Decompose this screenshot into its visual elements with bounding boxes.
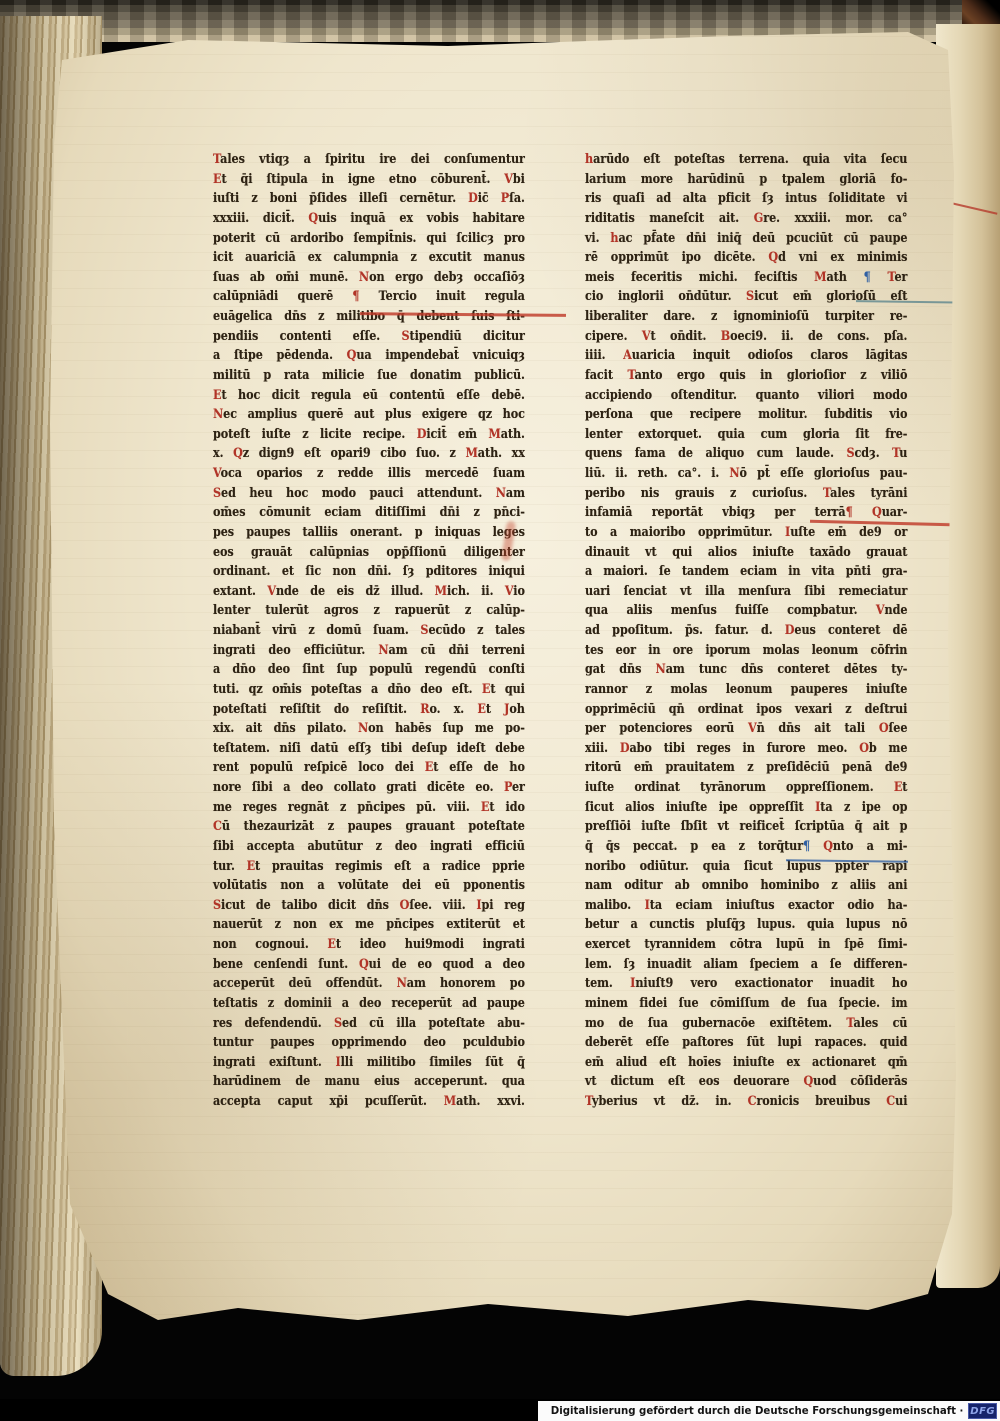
text-line: vi. hac pf̄ate dn̄i iniq̄ deū pcuciūt cū… (585, 229, 907, 249)
text-line: poteſtati reſiſtit do reſiſtit. Ro. x. E… (213, 700, 525, 720)
text-line: Tyberius vt dz̄. in. Cronicis breuibus C… (585, 1092, 907, 1112)
text-line: tur. Et prauitas regimis eſt a radice pp… (213, 857, 525, 877)
text-line: deberēt eſſe paſtores ſūt lupi rapaces. … (585, 1033, 907, 1053)
book-scan: Ani passcol regula sfacta a ſtreadora fi… (0, 0, 1000, 1421)
text-column-left: Tales vtiqȝ a ſpiritu ire dei conſumentu… (213, 150, 525, 1112)
text-line: peribo nis grauis z curioſus. Tales tyrā… (585, 484, 907, 504)
text-line: res defendendū. Sed cū illa poteſtate ab… (213, 1014, 525, 1034)
text-line: ſuas ab om̄i munē. Non ergo debȝ occaſiō… (213, 268, 525, 288)
text-line: tes eor in ore iporum molas leonum cōfri… (585, 641, 907, 661)
text-line: xix. ait dn̄s pilato. Non habēs ſup me p… (213, 719, 525, 739)
text-line: Sicut de talibo dicit dn̄s Oſee. viii. I… (213, 896, 525, 916)
text-line: rē opprimūt ipo dicēte. Qd vni ex minimi… (585, 248, 907, 268)
text-line: non cognoui. Et ideo hui9modi ingrati (213, 935, 525, 955)
text-line: Cū thezaurizāt z paupes grauant poteſtat… (213, 817, 525, 837)
text-line: riditatis maneſcit ait. Gre. xxxiii. mor… (585, 209, 907, 229)
text-line: teſtatis z dominii a deo receperūt ad pa… (213, 994, 525, 1014)
manuscript-page: Tales vtiqȝ a ſpiritu ire dei conſumentu… (28, 24, 960, 1350)
text-line: malibo. Ita eciam iniuſtus exactor odio … (585, 896, 907, 916)
text-line: minem fidei ſue cōmiſſum de ſua ſpecie. … (585, 994, 907, 1014)
text-line: Et hoc dicit regula eū contentū eſſe deb… (213, 386, 525, 406)
text-line: ſicut alios iniuſte ipe oppreſſit Ita z … (585, 798, 907, 818)
text-line: accipiendo oſtenditur. quanto viliori mo… (585, 386, 907, 406)
text-line: iuſti z boni p̄ſides illeſi cernētur. Di… (213, 189, 525, 209)
text-line: tuntur paupes opprimendo deo pculdubio (213, 1033, 525, 1053)
text-line: nore ſibi a deo collato grati dicēte eo.… (213, 778, 525, 798)
text-line: em̄ aliud eſt hoīes iniuſte ex actionare… (585, 1053, 907, 1073)
text-line: preſſiōi iuſte ſbſit vt reificet̄ ſcript… (585, 817, 907, 837)
text-line: extant. Vnde de eis dz̄ illud. Mich. ii.… (213, 582, 525, 602)
text-line: nauerūt z non ex me pn̄cipes extiterūt e… (213, 915, 525, 935)
text-line: dinauit vt qui alios iniuſte taxādo grau… (585, 543, 907, 563)
text-line: Nec amplius querē aut plus exigere qz ho… (213, 405, 525, 425)
dfg-caption: Digitalisierung gefördert durch die Deut… (551, 1405, 964, 1417)
text-line: quens fama de aliquo cum laude. Scdȝ. Tu (585, 444, 907, 464)
text-line: eos grauāt calūpnias opp̄ſſionū diligent… (213, 543, 525, 563)
text-line: nam oditur ab omnibo hominibo z aliis an… (585, 876, 907, 896)
footer-strip: Digitalisierung gefördert durch die Deut… (538, 1401, 1000, 1421)
text-line: niabant̄ virū z domū ſuam. Secūdo z tale… (213, 621, 525, 641)
text-line: a dn̄o deo ſint ſup populū regendū conſt… (213, 660, 525, 680)
text-line: om̄es cōmunit eciam ditiſſimi dn̄i z pn̄… (213, 503, 525, 523)
text-line: vt dictum eſt eos deuorare Quod cōſiderā… (585, 1072, 907, 1092)
text-line: pes paupes talliis onerant. p iniquas le… (213, 523, 525, 543)
text-line: exercet tyrannidem cōtra lupū in ſpē ſim… (585, 935, 907, 955)
text-line: meis feceritis michi. feciſtis Math ¶ Te… (585, 268, 907, 288)
text-line: q̄ q̄s peccat. p ea z torq̄tur¶ Qnto a m… (585, 837, 907, 857)
text-line: cipere. Vt on̄dit. Boeci9. ii. de cons. … (585, 327, 907, 347)
text-line: mo de ſua gubernacōe exiſtētem. Tales cū (585, 1014, 907, 1034)
text-line: harūdinem de manu eius acceperunt. qua (213, 1072, 525, 1092)
scan-footer: Digitalisierung gefördert durch die Deut… (0, 1399, 1000, 1421)
text-line: accepta caput xp̄i pcuſſerūt. Math. xxvi… (213, 1092, 525, 1112)
text-line: uari ſenciat vt illa menſura ſibi remeci… (585, 582, 907, 602)
text-line: Tales vtiqȝ a ſpiritu ire dei conſumentu… (213, 150, 525, 170)
text-line: teſtatem. niſi datū eſſȝ tibi deſup ideſ… (213, 739, 525, 759)
text-line: ingrati exiſtunt. Illi militibo ſimiles … (213, 1053, 525, 1073)
text-line: poteſt iuſte z licite recipe. Dicit̄ em̄… (213, 425, 525, 445)
text-line: tuti. qz om̄is poteſtas a dn̄o deo eſt. … (213, 680, 525, 700)
text-line: perſona que recipere molitur. ſubditis v… (585, 405, 907, 425)
text-line: ritorū em̄ prauitatem z preſidēciū penā … (585, 758, 907, 778)
text-line: cio inglorii on̄dūtur. Sicut em̄ glorioſ… (585, 287, 907, 307)
text-line: lenter tulerūt agros z rapuerūt z calūp- (213, 601, 525, 621)
text-line: ad ppoſitum. p̄s. fatur. d. Deus contere… (585, 621, 907, 641)
text-line: iuſte ordinat tyrānorum oppreſſionem. Et (585, 778, 907, 798)
text-line: tem. Iniuſt9 vero exactionator inuadit h… (585, 974, 907, 994)
text-line: xxxiii. dicit̄. Quis inquā ex vobis habi… (213, 209, 525, 229)
text-line: calūpniādi querē ¶ Tercio inuit regula (213, 287, 525, 307)
text-line: liberaliter dare. z ignominioſū turpiter… (585, 307, 907, 327)
text-line: Et q̄i ſtipula in igne etno cōburent̄. V… (213, 170, 525, 190)
text-line: Voca oparios z redde illis mercedē ſuam (213, 464, 525, 484)
text-line: larium more harūdinū p tpalem gloriā fo- (585, 170, 907, 190)
text-line: ris quaſi ad alta pficit ſȝ intus ſolidi… (585, 189, 907, 209)
text-line: qua aliis menſus fuiſſe compbatur. Vnde (585, 601, 907, 621)
text-line: xiii. Dabo tibi reges in furore meo. Ob … (585, 739, 907, 759)
text-line: volūtatis non a volūtate dei eū pponenti… (213, 876, 525, 896)
text-line: ſibi accepta abutūtur z deo ingrati effi… (213, 837, 525, 857)
text-line: rannor z molas leonum pauperes iniuſte (585, 680, 907, 700)
text-line: iiii. Auaricia inquit odioſos claros lāg… (585, 346, 907, 366)
text-line: a maiori. ſe tandem eciam in vita pn̄ti … (585, 562, 907, 582)
text-line: lem. ſȝ inuadit aliam ſpeciem a ſe diffe… (585, 955, 907, 975)
text-line: militū p rata milicie ſue donatim public… (213, 366, 525, 386)
text-line: ingrati deo efficiūtur. Nam cū dn̄i terr… (213, 641, 525, 661)
text-line: acceperūt deū offendūt. Nam honorem po (213, 974, 525, 994)
dfg-logo: DFG (968, 1403, 997, 1419)
text-line: me reges regnāt z pn̄cipes pū. viii. Et … (213, 798, 525, 818)
text-line: poterit cū ardoribo ſempit̄nis. qui ſcil… (213, 229, 525, 249)
text-line: lenter extorquet. quia cum gloria ſit fr… (585, 425, 907, 445)
text-line: Sed heu hoc modo pauci attendunt. Nam (213, 484, 525, 504)
text-column-right: harūdo eſt poteſtas terrena. quia vita ſ… (585, 150, 907, 1112)
text-line: opprimēciū qn̄ ordinat ipos vexari z deſ… (585, 700, 907, 720)
text-line: to a maioribo opprimūtur. Iuſte em̄ de9 … (585, 523, 907, 543)
text-line: euāgelica dn̄s z militibo q̄ debent ſuis… (213, 307, 525, 327)
text-line: bene cenſendi ſunt. Qui de eo quod a deo (213, 955, 525, 975)
text-line: pendiis contenti eſſe. Stipendiū dicitur (213, 327, 525, 347)
text-line: x. Qz dign9 eſt opari9 cibo ſuo. z Math.… (213, 444, 525, 464)
text-line: infamiā reportāt vbiqȝ per terrā¶ Quar- (585, 503, 907, 523)
text-line: facit Tanto ergo quis in glorioſior z vi… (585, 366, 907, 386)
text-line: a ſtipe pēdenda. Qua impendebat̄ vnicuiq… (213, 346, 525, 366)
text-line: gat dn̄s Nam tunc dn̄s conteret dētes ty… (585, 660, 907, 680)
text-line: icit auariciā ex calumpnia z excutit man… (213, 248, 525, 268)
text-line: liū. ii. reth. ca°. i. Nō pt̄ eſſe glori… (585, 464, 907, 484)
text-line: rent populū reſpicē loco dei Et eſſe de … (213, 758, 525, 778)
text-line: per potenciores eorū Vn̄ dn̄s ait tali O… (585, 719, 907, 739)
text-line: betur a cunctis pluſq̄ȝ lupus. quia lupu… (585, 915, 907, 935)
text-line: ordinant. et ſic non dn̄i. ſȝ pditores i… (213, 562, 525, 582)
text-line: harūdo eſt poteſtas terrena. quia vita ſ… (585, 150, 907, 170)
